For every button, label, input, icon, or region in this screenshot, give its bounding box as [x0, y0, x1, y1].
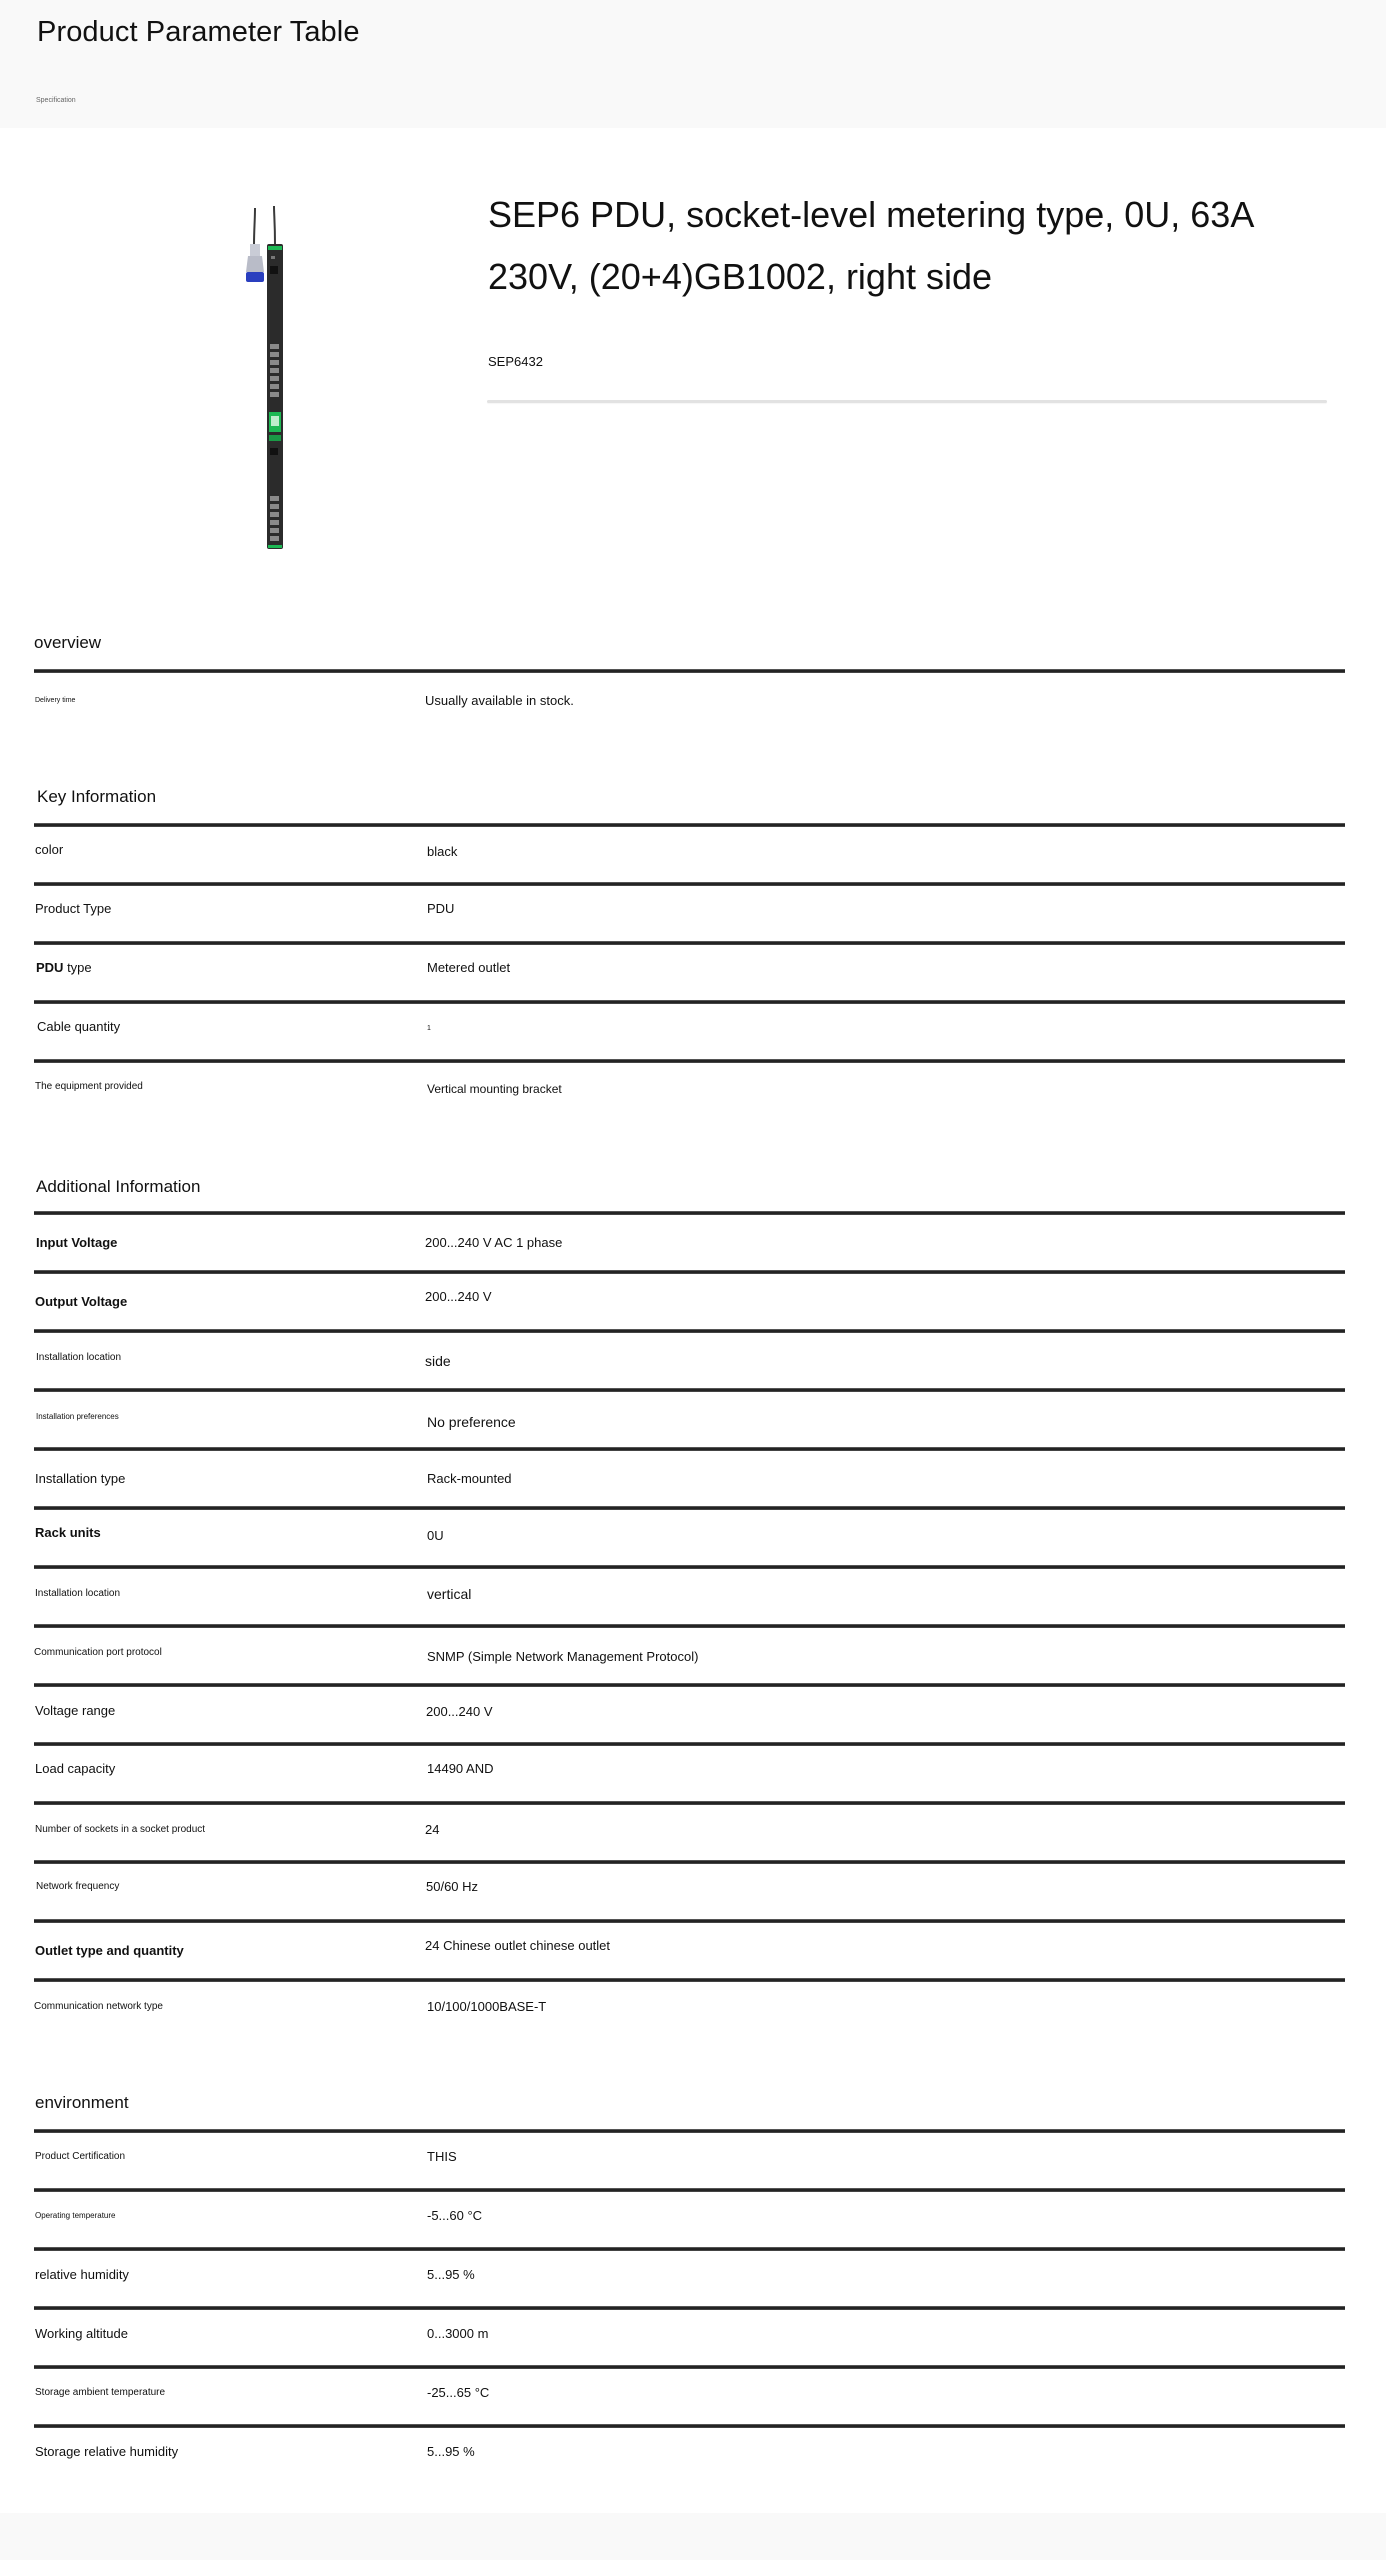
row-label: Load capacity — [35, 1741, 115, 1796]
table-row: Installation location side — [34, 1333, 1345, 1388]
row-value: 0...3000 m — [427, 2306, 488, 2361]
row-label: Voltage range — [35, 1683, 115, 1738]
row-label: Product Type — [35, 881, 111, 936]
table-row: Outlet type and quantity 24 Chinese outl… — [34, 1923, 1345, 1978]
table-row: Storage ambient temperature -25...65 °C — [34, 2369, 1345, 2424]
row-label: Network frequency — [36, 1859, 119, 1914]
section-title: environment — [34, 2083, 1345, 2123]
section-key-information: Key Information color black Product Type… — [34, 777, 1345, 1118]
section-additional-information: Additional Information Input Voltage 200… — [34, 1167, 1345, 2037]
row-value: -25...65 °C — [427, 2365, 489, 2420]
row-value: 24 — [425, 1802, 439, 1857]
table-row: Storage relative humidity 5...95 % — [34, 2428, 1345, 2483]
section-overview: overview Delivery time Usually available… — [34, 623, 1345, 728]
product-title: SEP6 PDU, socket-level metering type, 0U… — [488, 184, 1308, 308]
table-row: Cable quantity 1 — [34, 1004, 1345, 1059]
row-label: Installation location — [36, 1330, 121, 1385]
row-value: 200...240 V — [425, 1269, 492, 1324]
row-label-bold: PDU — [36, 960, 63, 975]
row-value: SNMP (Simple Network Management Protocol… — [427, 1629, 698, 1684]
row-label: Input Voltage — [36, 1215, 117, 1270]
page-header: Product Parameter Table Specification — [0, 0, 1386, 128]
row-label: PDU type — [36, 940, 92, 995]
row-label: Communication network type — [34, 1979, 163, 2034]
table-row: Installation preferences No preference — [34, 1392, 1345, 1447]
row-value: THIS — [427, 2129, 457, 2184]
row-label: Storage ambient temperature — [35, 2365, 165, 2420]
table-row: Delivery time Usually available in stock… — [34, 673, 1345, 728]
table-row: Installation type Rack-mounted — [34, 1451, 1345, 1506]
table-row: Output Voltage 200...240 V — [34, 1274, 1345, 1329]
section-title: Key Information — [34, 777, 1345, 817]
row-label: Output Voltage — [35, 1274, 127, 1329]
row-label: Outlet type and quantity — [35, 1923, 184, 1978]
row-value: Metered outlet — [427, 940, 510, 995]
divider — [487, 400, 1327, 403]
row-value: No preference — [427, 1394, 516, 1449]
row-label: color — [35, 822, 63, 877]
page: Product Parameter Table Specification — [0, 0, 1386, 2560]
table-row: color black — [34, 827, 1345, 882]
row-value: 50/60 Hz — [426, 1859, 478, 1914]
table-row: Working altitude 0...3000 m — [34, 2310, 1345, 2365]
row-value: 1 — [427, 1001, 431, 1056]
row-value: 24 Chinese outlet chinese outlet — [425, 1918, 610, 1973]
row-value: -5...60 °C — [427, 2188, 482, 2243]
table-row: Product Certification THIS — [34, 2133, 1345, 2188]
table-row: Product Type PDU — [34, 886, 1345, 941]
row-label: Cable quantity — [37, 999, 120, 1054]
row-value: 0U — [427, 1508, 444, 1563]
table-row: Operating temperature -5...60 °C — [34, 2192, 1345, 2247]
table-row: Load capacity 14490 AND — [34, 1746, 1345, 1801]
row-value: Vertical mounting bracket — [427, 1061, 562, 1116]
row-label: Operating temperature — [35, 2188, 116, 2243]
table-row: Installation location vertical — [34, 1569, 1345, 1624]
row-value: vertical — [427, 1566, 471, 1621]
row-label: Rack units — [35, 1505, 101, 1560]
row-value: Rack-mounted — [427, 1451, 512, 1506]
row-label: Communication port protocol — [34, 1625, 162, 1680]
pdu-illustration — [240, 200, 340, 560]
row-label: relative humidity — [35, 2247, 129, 2302]
table-row: The equipment provided Vertical mounting… — [34, 1063, 1345, 1118]
row-label-rest: type — [63, 960, 91, 975]
table-row: Voltage range 200...240 V — [34, 1687, 1345, 1742]
product-sku: SEP6432 — [488, 354, 543, 369]
breadcrumb-specification[interactable]: Specification — [36, 97, 76, 104]
table-row: PDU type Metered outlet — [34, 945, 1345, 1000]
table-row: Communication network type 10/100/1000BA… — [34, 1982, 1345, 2037]
table-row: Network frequency 50/60 Hz — [34, 1864, 1345, 1919]
row-value: black — [427, 824, 457, 879]
page-footer — [0, 2513, 1386, 2560]
row-value: PDU — [427, 881, 454, 936]
row-label: The equipment provided — [35, 1059, 143, 1114]
row-label: Installation location — [35, 1566, 120, 1621]
row-label: Installation type — [35, 1451, 125, 1506]
row-value: 200...240 V — [426, 1684, 493, 1739]
table-row: relative humidity 5...95 % — [34, 2251, 1345, 2306]
row-value: 200...240 V AC 1 phase — [425, 1215, 562, 1270]
row-label: Storage relative humidity — [35, 2424, 178, 2479]
product-image — [240, 200, 340, 560]
section-environment: environment Product Certification THIS O… — [34, 2083, 1345, 2483]
row-label: Delivery time — [35, 673, 75, 728]
table-row: Communication port protocol SNMP (Simple… — [34, 1628, 1345, 1683]
section-title: Additional Information — [34, 1167, 1345, 1207]
row-value: Usually available in stock. — [425, 673, 574, 728]
table-row: Number of sockets in a socket product 24 — [34, 1805, 1345, 1860]
row-label: Number of sockets in a socket product — [35, 1802, 205, 1857]
row-value: side — [425, 1333, 451, 1388]
row-value: 10/100/1000BASE-T — [427, 1979, 546, 2034]
row-value: 14490 AND — [427, 1741, 494, 1796]
row-label: Working altitude — [35, 2306, 128, 2361]
row-value: 5...95 % — [427, 2247, 475, 2302]
section-title: overview — [34, 623, 1345, 663]
page-title: Product Parameter Table — [37, 16, 360, 49]
row-label: Product Certification — [35, 2129, 125, 2184]
table-row: Input Voltage 200...240 V AC 1 phase — [34, 1215, 1345, 1270]
row-label: Installation preferences — [36, 1389, 119, 1444]
row-value: 5...95 % — [427, 2424, 475, 2479]
table-row: Rack units 0U — [34, 1510, 1345, 1565]
